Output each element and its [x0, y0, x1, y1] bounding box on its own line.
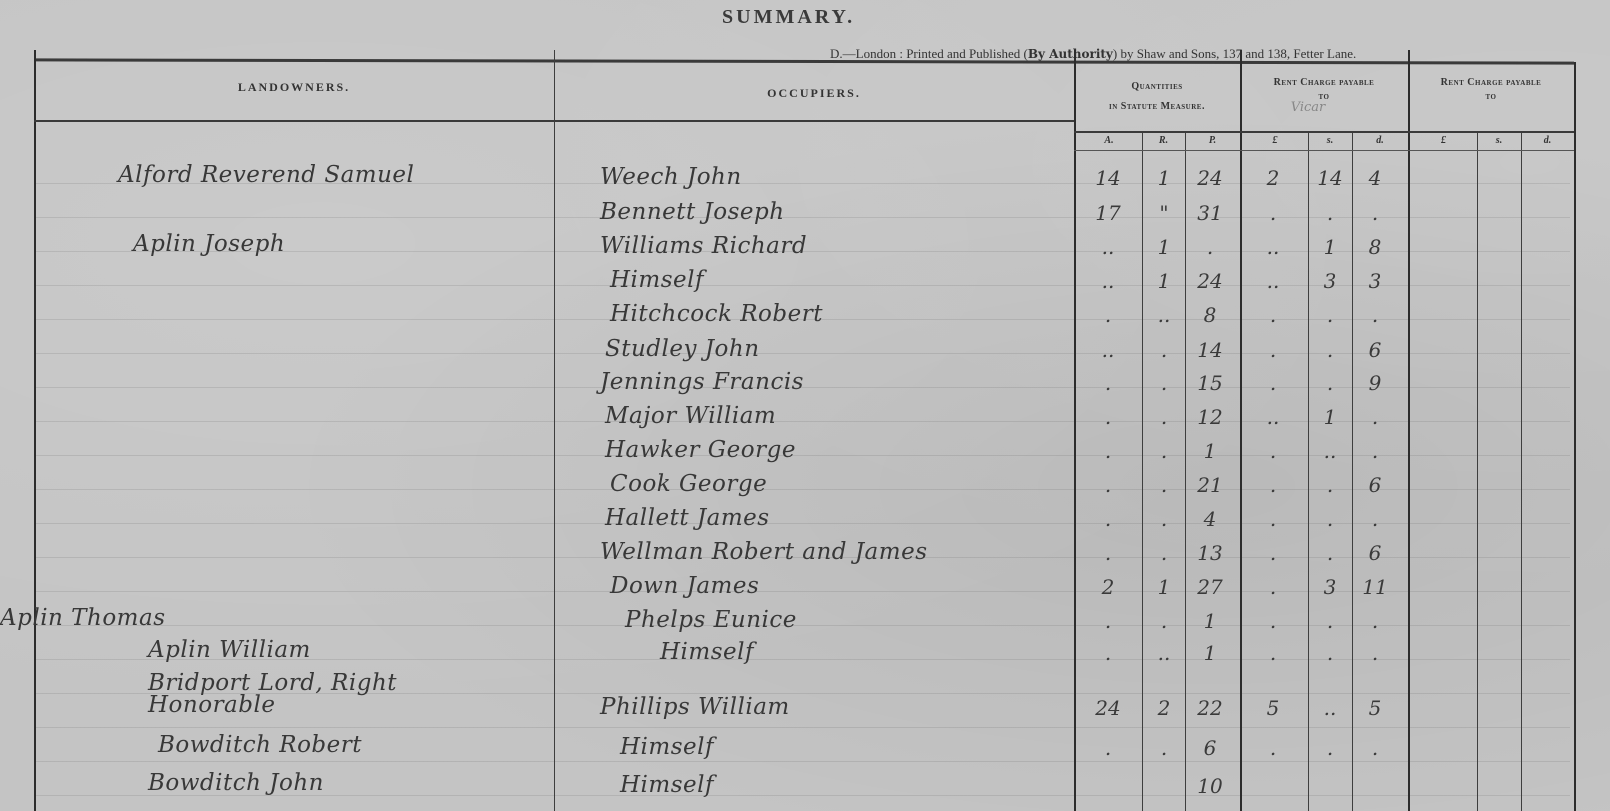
occupier-name: Williams Richard: [600, 233, 807, 259]
cell-r: ..: [1139, 641, 1189, 665]
cell-d: .: [1350, 507, 1400, 531]
cell-d: 9: [1350, 371, 1400, 395]
header-bottom-rule: [34, 120, 1074, 122]
cell-l: .: [1248, 609, 1298, 633]
cell-p: 12: [1185, 405, 1235, 429]
subheader-shillings-1: s.: [1308, 135, 1352, 146]
column-divider: [1240, 50, 1242, 811]
cell-p: 6: [1185, 736, 1235, 760]
cell-l: 5: [1248, 696, 1298, 720]
subheader-rule: [1074, 150, 1574, 151]
occupier-name: Bennett Joseph: [600, 199, 785, 225]
cell-d: 5: [1350, 696, 1400, 720]
cell-p: 4: [1185, 507, 1235, 531]
cell-s: ..: [1305, 439, 1355, 463]
occupier-name: Phelps Eunice: [625, 607, 797, 633]
cell-r: 1: [1139, 575, 1189, 599]
occupier-name: Down James: [610, 573, 759, 599]
cell-r: .: [1139, 439, 1189, 463]
cell-p: .: [1185, 235, 1235, 259]
cell-s: 14: [1305, 166, 1355, 190]
cell-p: 24: [1185, 166, 1235, 190]
cell-s: .: [1305, 609, 1355, 633]
cell-a: .: [1083, 303, 1133, 327]
cell-r: .: [1139, 541, 1189, 565]
cell-a: 2: [1083, 575, 1133, 599]
occupier-name: Himself: [620, 772, 714, 798]
landowner-name: Honorable: [148, 692, 275, 718]
cell-l: .: [1248, 473, 1298, 497]
imprint-blackletter: By Authority: [1028, 47, 1113, 61]
subheader-perches: P.: [1185, 135, 1240, 146]
column-divider: [1521, 132, 1522, 811]
cell-l: .: [1248, 201, 1298, 225]
cell-l: ..: [1248, 405, 1298, 429]
cell-r: .: [1139, 405, 1189, 429]
cell-p: 8: [1185, 303, 1235, 327]
cell-l: ..: [1248, 235, 1298, 259]
cell-l: ..: [1248, 269, 1298, 293]
cell-s: 1: [1305, 235, 1355, 259]
cell-d: 3: [1350, 269, 1400, 293]
header-rent-charge-2: Rent Charge payable to: [1408, 76, 1574, 104]
occupier-name: Himself: [620, 734, 714, 760]
cell-p: 1: [1185, 609, 1235, 633]
cell-a: .: [1083, 736, 1133, 760]
cell-r: 1: [1139, 235, 1189, 259]
cell-l: .: [1248, 541, 1298, 565]
occupier-name: Studley John: [605, 336, 760, 362]
column-divider: [1477, 132, 1478, 811]
cell-d: .: [1350, 201, 1400, 225]
cell-d: 8: [1350, 235, 1400, 259]
occupier-name: Hallett James: [605, 505, 770, 531]
subheader-shillings-2: s.: [1477, 135, 1521, 146]
occupier-name: Hitchcock Robert: [610, 301, 823, 327]
cell-p: 27: [1185, 575, 1235, 599]
cell-a: ..: [1083, 235, 1133, 259]
cell-s: .: [1305, 201, 1355, 225]
cell-r: 2: [1139, 696, 1189, 720]
cell-p: 31: [1185, 201, 1235, 225]
cell-d: .: [1350, 609, 1400, 633]
occupier-name: Hawker George: [605, 437, 796, 463]
landowner-name: Aplin William: [148, 637, 311, 663]
cell-p: 10: [1185, 774, 1235, 798]
header-rent2-line2: to: [1408, 90, 1574, 104]
cell-a: 24: [1083, 696, 1133, 720]
cell-l: .: [1248, 303, 1298, 327]
cell-r: ..: [1139, 303, 1189, 327]
occupier-name: Jennings Francis: [600, 369, 804, 395]
cell-a: .: [1083, 507, 1133, 531]
cell-s: 1: [1305, 405, 1355, 429]
column-divider: [1574, 62, 1576, 811]
cell-r: 1: [1139, 166, 1189, 190]
cell-l: .: [1248, 641, 1298, 665]
cell-p: 14: [1185, 338, 1235, 362]
cell-s: .: [1305, 641, 1355, 665]
landowner-name: Bowditch Robert: [158, 732, 362, 758]
occupier-name: Wellman Robert and James: [600, 539, 928, 565]
cell-s: .: [1305, 473, 1355, 497]
cell-r: .: [1139, 507, 1189, 531]
header-occupiers: OCCUPIERS.: [554, 86, 1074, 101]
subheader-pence-1: d.: [1352, 135, 1408, 146]
cell-l: .: [1248, 338, 1298, 362]
cell-r: .: [1139, 338, 1189, 362]
cell-a: .: [1083, 641, 1133, 665]
cell-l: 2: [1248, 166, 1298, 190]
cell-a: ..: [1083, 338, 1133, 362]
cell-d: 6: [1350, 338, 1400, 362]
title: SUMMARY.: [722, 6, 855, 29]
header-rent1-line1: Rent Charge payable: [1240, 76, 1408, 90]
column-divider: [1408, 50, 1410, 811]
rent1-payee: Vicar: [1268, 100, 1348, 115]
header-landowners: LANDOWNERS.: [34, 80, 554, 95]
occupier-name: Cook George: [610, 471, 767, 497]
cell-d: .: [1350, 405, 1400, 429]
cell-r: ": [1139, 201, 1189, 225]
landowner-name: Aplin Thomas: [0, 605, 166, 631]
cell-p: 15: [1185, 371, 1235, 395]
cell-d: .: [1350, 439, 1400, 463]
subheader-roods: R.: [1142, 135, 1185, 146]
cell-a: ..: [1083, 269, 1133, 293]
cell-p: 22: [1185, 696, 1235, 720]
header-quantities-line1: Quantities: [1074, 80, 1240, 94]
column-divider: [34, 50, 36, 811]
cell-a: .: [1083, 405, 1133, 429]
cell-s: .: [1305, 371, 1355, 395]
cell-s: .: [1305, 303, 1355, 327]
cell-s: .: [1305, 338, 1355, 362]
occupier-name: Major William: [605, 403, 776, 429]
header-bottom-rule: [1074, 131, 1574, 133]
subheader-pence-2: d.: [1521, 135, 1574, 146]
cell-l: .: [1248, 371, 1298, 395]
landowner-name: Bowditch John: [148, 770, 324, 796]
cell-l: .: [1248, 439, 1298, 463]
cell-r: .: [1139, 371, 1189, 395]
subheader-acres: A.: [1076, 135, 1142, 146]
column-divider: [554, 50, 555, 811]
header-rent2-line1: Rent Charge payable: [1408, 76, 1574, 90]
cell-d: 4: [1350, 166, 1400, 190]
cell-d: 6: [1350, 541, 1400, 565]
occupier-name: Phillips William: [600, 694, 790, 720]
cell-s: .: [1305, 541, 1355, 565]
cell-r: .: [1139, 736, 1189, 760]
cell-p: 13: [1185, 541, 1235, 565]
cell-a: .: [1083, 439, 1133, 463]
cell-a: 17: [1083, 201, 1133, 225]
cell-r: .: [1139, 609, 1189, 633]
occupier-name: Himself: [660, 639, 754, 665]
occupier-name: Weech John: [600, 164, 742, 190]
imprint-suffix: ) by Shaw and Sons, 137 and 138, Fetter …: [1113, 46, 1356, 61]
cell-s: 3: [1305, 269, 1355, 293]
cell-d: .: [1350, 641, 1400, 665]
cell-r: 1: [1139, 269, 1189, 293]
cell-a: 14: [1083, 166, 1133, 190]
cell-p: 24: [1185, 269, 1235, 293]
cell-p: 1: [1185, 641, 1235, 665]
cell-d: 6: [1350, 473, 1400, 497]
cell-l: .: [1248, 575, 1298, 599]
cell-r: .: [1139, 473, 1189, 497]
cell-s: .: [1305, 507, 1355, 531]
imprint-prefix: D.—London : Printed and Published (: [830, 46, 1028, 61]
header-quantities: Quantities in Statute Measure.: [1074, 80, 1240, 114]
cell-l: .: [1248, 507, 1298, 531]
occupier-name: Himself: [610, 267, 704, 293]
cell-a: .: [1083, 541, 1133, 565]
cell-s: .: [1305, 736, 1355, 760]
cell-a: .: [1083, 371, 1133, 395]
column-divider: [1074, 50, 1076, 811]
cell-d: .: [1350, 303, 1400, 327]
cell-s: 3: [1305, 575, 1355, 599]
cell-d: 11: [1350, 575, 1400, 599]
cell-s: ..: [1305, 696, 1355, 720]
landowner-name: Alford Reverend Samuel: [118, 162, 414, 188]
cell-a: .: [1083, 473, 1133, 497]
cell-p: 1: [1185, 439, 1235, 463]
landowner-name: Aplin Joseph: [133, 231, 285, 257]
header-quantities-line2: in Statute Measure.: [1074, 100, 1240, 114]
cell-a: .: [1083, 609, 1133, 633]
cell-p: 21: [1185, 473, 1235, 497]
subheader-pounds-1: £: [1242, 135, 1308, 146]
cell-l: .: [1248, 736, 1298, 760]
cell-d: .: [1350, 736, 1400, 760]
subheader-pounds-2: £: [1410, 135, 1477, 146]
